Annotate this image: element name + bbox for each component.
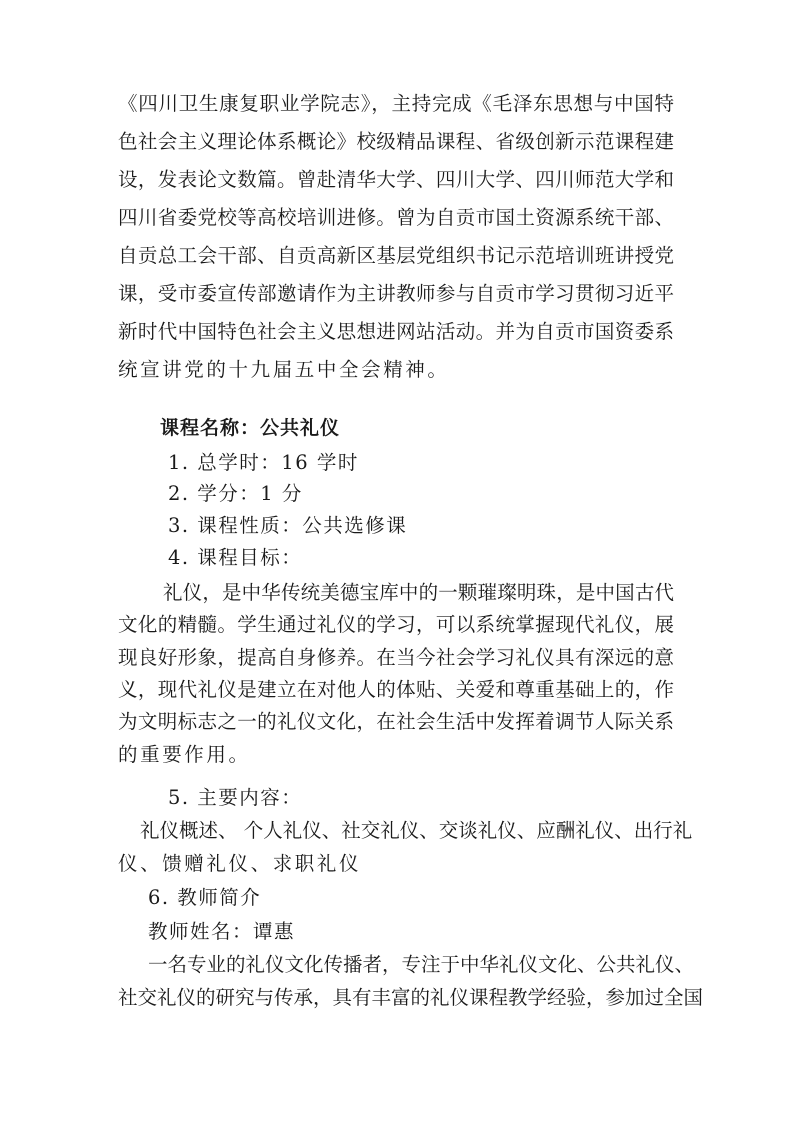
paragraph-line: 自贡总工会干部、自贡高新区基层党组织书记示范培训班讲授党: [118, 244, 674, 268]
content-line: 礼仪概述、 个人礼仪、社交礼仪、交谈礼仪、应酬礼仪、出行礼: [140, 819, 674, 843]
paragraph-line: 新时代中国特色社会主义思想进网站活动。并为自贡市国资委系: [118, 320, 674, 344]
teacher-bio-line: 一名专业的礼仪文化传播者，专注于中华礼仪文化、公共礼仪、: [148, 953, 674, 977]
objective-line: 义，现代礼仪是建立在对他人的体贴、关爱和尊重基础上的，作: [118, 678, 674, 702]
course-item-type: 3. 课程性质：公共选修课: [168, 514, 724, 538]
objective-line: 为文明标志之一的礼仪文化，在社会生活中发挥着调节人际关系: [118, 710, 674, 734]
paragraph-line: 统宣讲党的十九届五中全会精神。: [118, 358, 674, 382]
objective-line: 文化的精髓。学生通过礼仪的学习，可以系统掌握现代礼仪，展: [118, 613, 674, 637]
paragraph-line: 四川省委党校等高校培训进修。曾为自贡市国土资源系统干部、: [118, 206, 674, 230]
paragraph-line: 设，发表论文数篇。曾赴清华大学、四川大学、四川师范大学和: [118, 168, 674, 192]
content-line: 仪、馈赠礼仪、求职礼仪: [118, 852, 674, 876]
objective-line: 的重要作用。: [118, 743, 674, 767]
paragraph-line: 《四川卫生康复职业学院志》，主持完成《毛泽东思想与中国特: [118, 92, 674, 116]
objective-line: 现良好形象，提高自身修养。在当今社会学习礼仪具有深远的意: [118, 646, 674, 670]
paragraph-line: 色社会主义理论体系概论》校级精品课程、省级创新示范课程建: [118, 130, 674, 154]
course-item-objective: 4. 课程目标：: [168, 546, 724, 570]
teacher-bio-line: 社交礼仪的研究与传承，具有丰富的礼仪课程教学经验，参加过全国: [118, 986, 674, 1010]
course-item-hours: 1. 总学时：16 学时: [168, 451, 724, 475]
objective-line: 礼仪，是中华传统美德宝库中的一颗璀璨明珠，是中国古代: [163, 581, 674, 605]
course-title: 课程名称：公共礼仪: [160, 416, 716, 440]
paragraph-line: 课，受市委宣传部邀请作为主讲教师参与自贡市学习贯彻习近平: [118, 282, 674, 306]
teacher-label: 6. 教师简介: [148, 886, 704, 910]
teacher-name: 教师姓名：谭惠: [148, 920, 704, 944]
course-item-credits: 2. 学分：1 分: [168, 482, 724, 506]
content-label: 5. 主要内容：: [168, 786, 724, 810]
